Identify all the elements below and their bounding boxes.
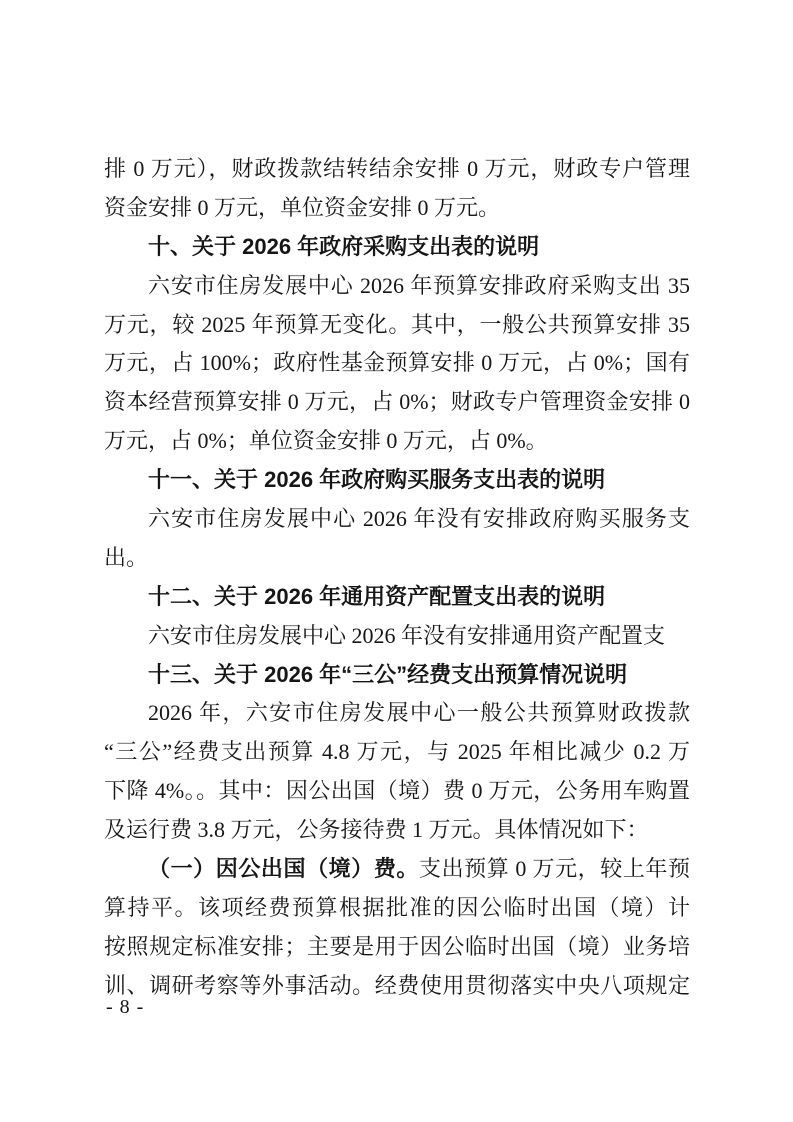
text-line: 下降 4%。。其中：因公出国（境）费 0 万元，公务用车购置 [104,772,690,811]
text-line: 按照规定标准安排；主要是用于因公临时出国（境）业务培 [104,928,690,967]
page-number: - 8 - [106,995,144,1019]
document-page: 排 0 万元），财政拨款结转结余安排 0 万元，财政专户管理资金安排 0 万元，… [0,0,793,1122]
text-line: 六安市住房发展中心 2026 年预算安排政府采购支出 35 [104,267,690,306]
text-line: 万元，占 0%；单位资金安排 0 万元，占 0%。 [104,422,690,461]
section-heading: 十二、关于 2026 年通用资产配置支出表的说明 [104,578,690,617]
text-line: 万元，占 100%；政府性基金预算安排 0 万元，占 0%；国有 [104,344,690,383]
text-line: 六安市住房发展中心 2026 年没有安排政府购买服务支 [104,500,690,539]
document-body: 排 0 万元），财政拨款结转结余安排 0 万元，财政专户管理资金安排 0 万元，… [104,150,690,1006]
section-heading: 十一、关于 2026 年政府购买服务支出表的说明 [104,461,690,500]
bold-lead-text: （一）因公出国（境）费。 [148,856,419,881]
section-heading: 十三、关于 2026 年“三公”经费支出预算情况说明 [104,656,690,695]
text-line: 资本经营预算安排 0 万元，占 0%；财政专户管理资金安排 0 [104,383,690,422]
text-line: 2026 年，六安市住房发展中心一般公共预算财政拨款 [104,694,690,733]
text-line: 算持平。该项经费预算根据批准的因公临时出国（境）计划， [104,889,690,928]
text-line: （一）因公出国（境）费。支出预算 0 万元，较上年预 [104,850,690,889]
text-line: 训、调研考察等外事活动。经费使用贯彻落实中央八项规定 [104,967,690,1006]
text-line: “三公”经费支出预算 4.8 万元，与 2025 年相比减少 0.2 万元， [104,733,690,772]
text-line: 资金安排 0 万元，单位资金安排 0 万元。 [104,189,690,228]
text-line: 出。 [104,539,690,578]
text-line: 排 0 万元），财政拨款结转结余安排 0 万元，财政专户管理 [104,150,690,189]
text-line: 及运行费 3.8 万元，公务接待费 1 万元。具体情况如下： [104,811,690,850]
text-line: 万元，较 2025 年预算无变化。其中，一般公共预算安排 35 [104,306,690,345]
text-line: 六安市住房发展中心 2026 年没有安排通用资产配置支出。 [104,617,690,656]
section-heading: 十、关于 2026 年政府采购支出表的说明 [104,228,690,267]
